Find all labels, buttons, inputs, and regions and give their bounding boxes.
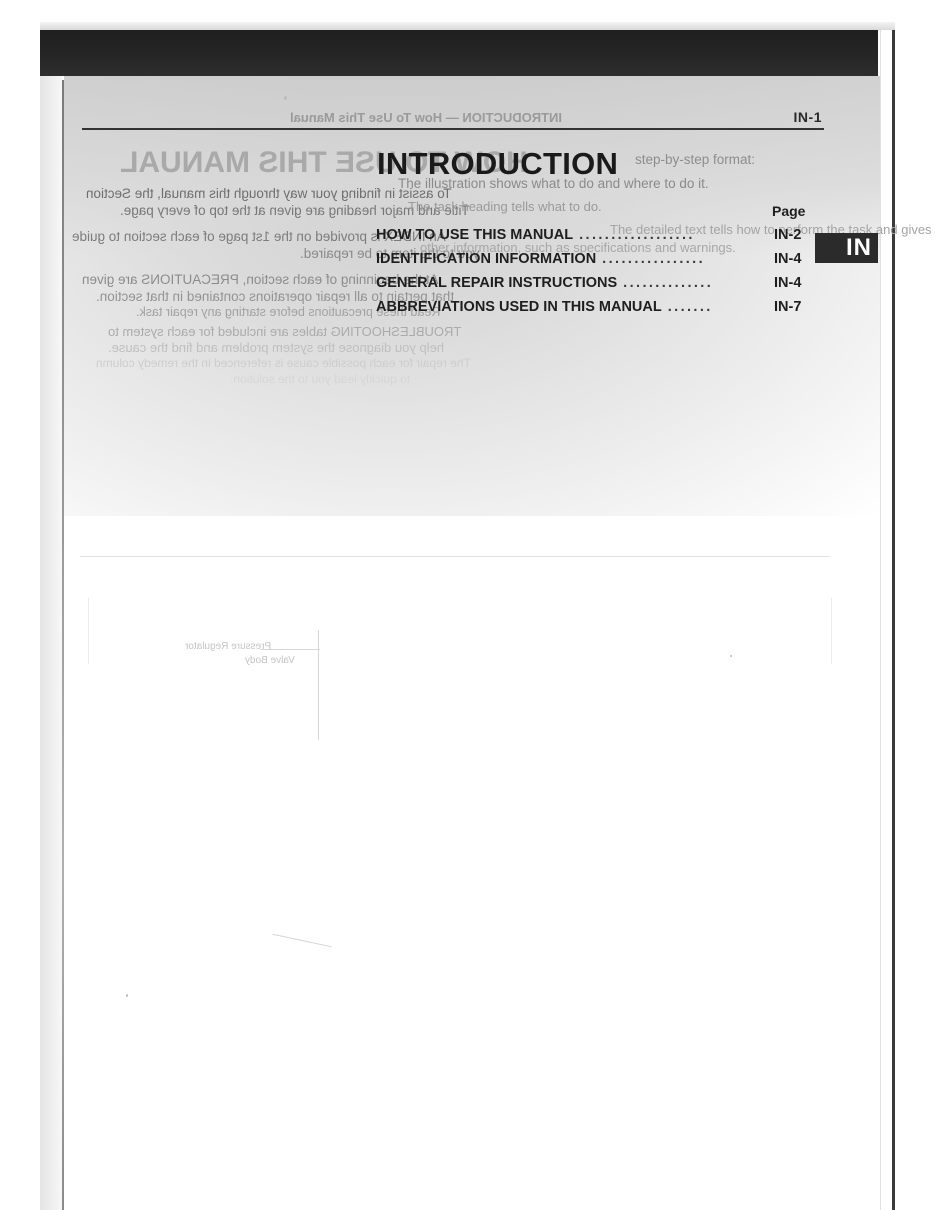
bleed-through-line: The task heading tells what to do. [408,199,602,214]
bleed-through-line: help you diagnose the system problem and… [108,340,444,355]
toc-entry[interactable]: IDENTIFICATION INFORMATION .............… [376,251,806,275]
page-header: IN-1 [82,106,824,130]
toc-leader-dots: .............. [623,275,770,291]
toc-leader-dots: .................. [579,227,770,243]
page-title: INTRODUCTION [377,146,618,182]
section-tab-label: IN [846,234,878,262]
bleed-through-line: to quickly lead you to the solution. [230,372,410,386]
scan-speck [126,994,128,997]
toc-entry-page: IN-2 [774,227,806,243]
toc-entry-title: HOW TO USE THIS MANUAL [376,227,573,243]
toc-leader-dots: ................ [602,251,770,267]
scan-top-dark-band [40,30,878,76]
bleed-through-line: To assist in finding your way through th… [86,186,451,201]
bleed-through-line: The repair for each possible cause is re… [96,356,471,370]
header-rule [82,128,824,130]
page-number: IN-1 [794,109,822,125]
scan-mark [273,934,332,947]
toc-page-column-label: Page [772,203,805,219]
toc-entry-page: IN-4 [774,275,806,291]
scan-right-edge [892,30,895,1210]
table-of-contents: HOW TO USE THIS MANUAL .................… [376,227,806,323]
toc-entry-page: IN-4 [774,251,806,267]
bleed-through-figure-label: Pressure Regulator [185,641,271,652]
bleed-through-figure-label: Valve Body [245,655,295,666]
bleed-through-figure-frame [88,598,832,664]
bleed-through-leader-line [318,630,319,740]
toc-entry[interactable]: ABBREVIATIONS USED IN THIS MANUAL ......… [376,299,806,323]
toc-leader-dots: ....... [668,299,770,315]
bleed-through-rule [80,556,830,557]
bleed-through-leader-line [260,649,320,650]
toc-entry-page: IN-7 [774,299,806,315]
section-tab[interactable]: IN [815,233,878,263]
scan-edge [40,22,895,30]
toc-entry-title: IDENTIFICATION INFORMATION [376,251,596,267]
scan-left-margin [40,76,62,1210]
toc-entry-title: GENERAL REPAIR INSTRUCTIONS [376,275,617,291]
toc-entry-title: ABBREVIATIONS USED IN THIS MANUAL [376,299,662,315]
bleed-through-line: step-by-step format: [635,152,755,167]
toc-entry[interactable]: HOW TO USE THIS MANUAL .................… [376,227,806,251]
scan-speck [284,96,287,100]
bleed-through-line: TROUBLESHOOTING tables are included for … [108,324,461,339]
scan-speck [730,655,732,657]
toc-entry[interactable]: GENERAL REPAIR INSTRUCTIONS ............… [376,275,806,299]
